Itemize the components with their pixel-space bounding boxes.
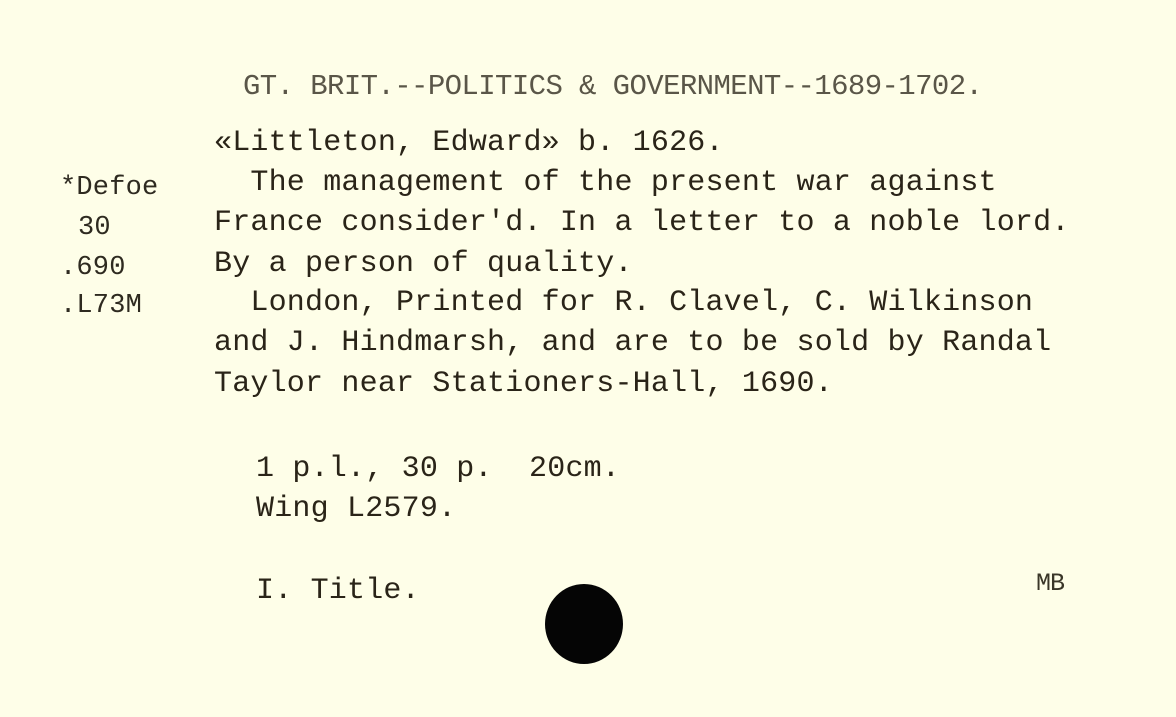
bibliographic-reference: Wing L2579. — [256, 494, 456, 524]
title-line-2: France consider'd. In a letter to a nobl… — [214, 208, 1070, 238]
call-number-line-1: *Defoe — [60, 173, 158, 203]
title-line-3: By a person of quality. — [214, 249, 633, 279]
imprint-line-1: London, Printed for R. Clavel, C. Wilkin… — [214, 288, 1033, 318]
author-entry: «Littleton, Edward» b. 1626. — [214, 128, 724, 158]
tracing: I. Title. — [256, 576, 420, 606]
title-line-1: The management of the present war agains… — [214, 168, 997, 198]
imprint-line-3: Taylor near Stationers-Hall, 1690. — [214, 369, 833, 399]
collation: 1 p.l., 30 p. 20cm. — [256, 454, 620, 484]
subject-heading: GT. BRIT.--POLITICS & GOVERNMENT--1689-1… — [243, 72, 982, 102]
call-number-line-3: .690 — [60, 253, 126, 283]
call-number-line-2: 30 — [78, 213, 111, 243]
catalog-card: GT. BRIT.--POLITICS & GOVERNMENT--1689-1… — [0, 0, 1176, 717]
imprint-line-2: and J. Hindmarsh, and are to be sold by … — [214, 328, 1051, 358]
punch-hole-icon — [545, 584, 623, 664]
call-number-line-4: .L73M — [60, 291, 142, 321]
library-code: MB — [1036, 569, 1064, 599]
